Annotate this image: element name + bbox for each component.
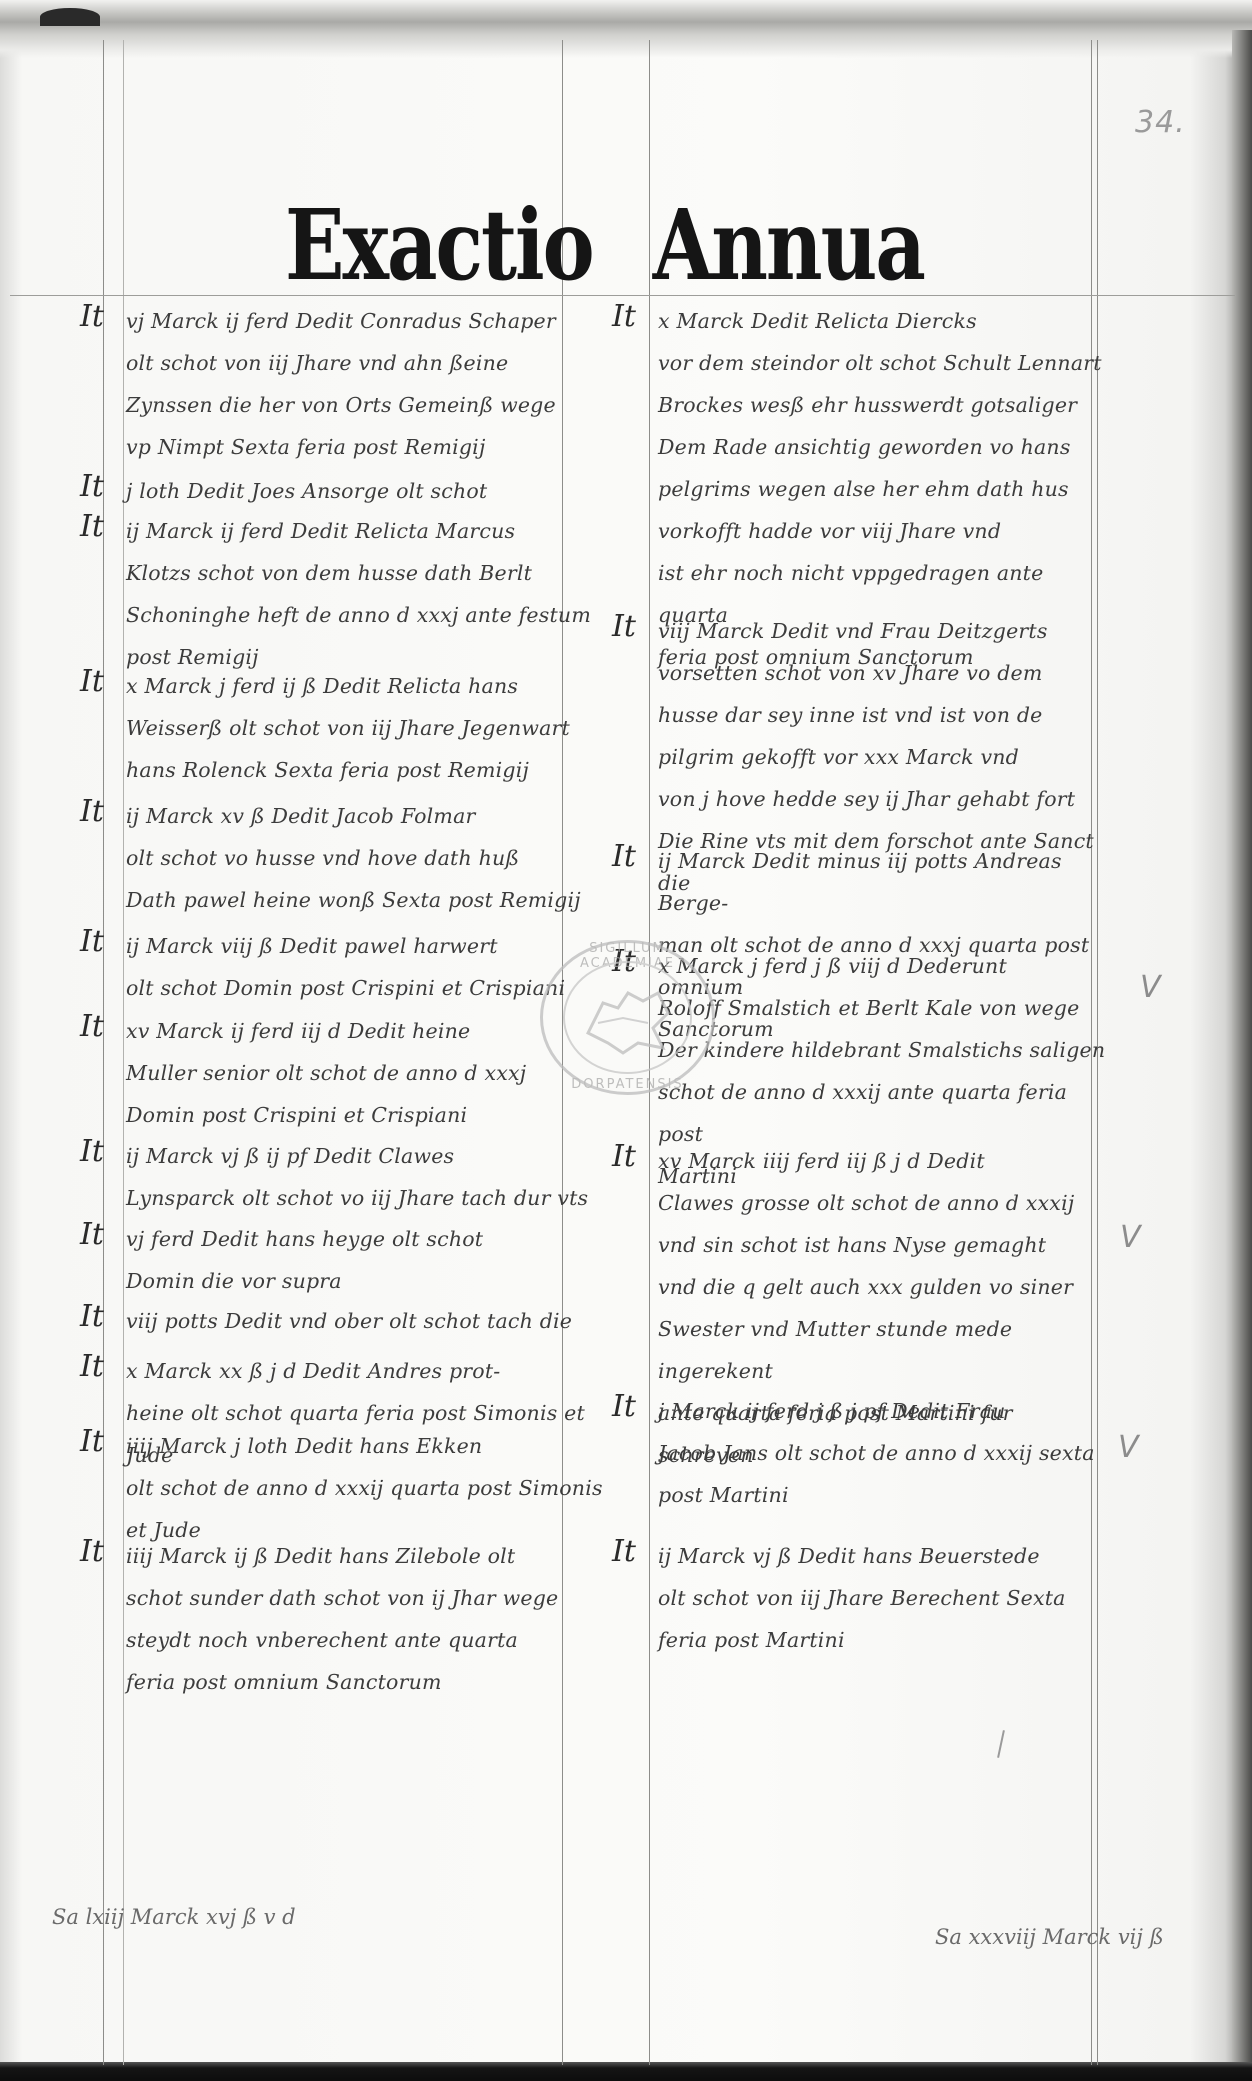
checkmark-icon: V xyxy=(1140,970,1161,1005)
item-mark: It xyxy=(80,1137,126,1167)
item-mark: It xyxy=(80,1012,126,1042)
item-mark: It xyxy=(80,302,126,332)
entry-text: iiij Marck ij ß Dedit hans Zilebole olt … xyxy=(126,1535,558,1703)
heading-word-exactio: Exactio xyxy=(285,198,593,296)
library-seal-stamp: SIGILLUM ACADEMIAE DORPATENSIS xyxy=(540,940,715,1095)
entry-text: vj ferd Dedit hans heyge olt schot Domin… xyxy=(126,1218,483,1302)
page-fold-shadow xyxy=(40,8,100,26)
ledger-entry: It ij Marck viij ß Dedit pawel harwert o… xyxy=(80,925,565,1009)
page-right-edge xyxy=(1232,30,1252,2065)
item-mark: It xyxy=(612,1142,658,1172)
ledger-entry: It ij Marck ij ferd Dedit Relicta Marcus… xyxy=(80,510,591,678)
entry-text: xv Marck ij ferd iij d Dedit heine Mulle… xyxy=(126,1010,526,1136)
seal-legend-bottom: DORPATENSIS xyxy=(543,1077,712,1092)
checkmark-icon: V xyxy=(1118,1430,1139,1465)
ledger-entry: It vj ferd Dedit hans heyge olt schot Do… xyxy=(80,1218,483,1302)
page-top-edge xyxy=(0,0,1252,58)
ledger-entry: It xv Marck ij ferd iij d Dedit heine Mu… xyxy=(80,1010,526,1136)
folio-number: 34. xyxy=(1135,105,1186,140)
entry-text: ij Marck vj ß Dedit hans Beuerstede olt … xyxy=(658,1535,1066,1661)
ruling-header-line xyxy=(10,295,1235,296)
checkmark-icon: V xyxy=(1120,1220,1141,1255)
entry-text: j loth Dedit Joes Ansorge olt schot xyxy=(126,470,487,512)
ledger-entry: It ij Marck vj ß Dedit hans Beuerstede o… xyxy=(612,1535,1066,1661)
item-mark: It xyxy=(80,797,126,827)
item-mark: It xyxy=(612,1392,658,1422)
ledger-entry: It ij Marck xv ß Dedit Jacob Folmar olt … xyxy=(80,795,581,921)
entry-text: ij Marck ij ferd Dedit Relicta Marcus Kl… xyxy=(126,510,591,678)
item-mark: It xyxy=(612,612,658,642)
item-mark: It xyxy=(80,512,126,542)
entry-text: vj Marck ij ferd Dedit Conradus Schaper … xyxy=(126,300,556,468)
entry-text: x Marck j ferd ij ß Dedit Relicta hans W… xyxy=(126,665,570,791)
item-mark: It xyxy=(80,1302,126,1332)
ledger-entry: It j loth Dedit Joes Ansorge olt schot xyxy=(80,470,487,512)
ledger-entry: It iiij Marck ij ß Dedit hans Zilebole o… xyxy=(80,1535,558,1703)
item-mark: It xyxy=(80,472,126,502)
page-heading: Exactio Annua xyxy=(285,145,945,295)
ledger-entry: It iiij Marck j loth Dedit hans Ekken ol… xyxy=(80,1425,603,1551)
item-mark: It xyxy=(80,1537,126,1567)
entry-text: j Marck ij ferd j ß j pf Dedit Frau Jaco… xyxy=(658,1390,1095,1516)
page-bottom-edge xyxy=(0,2062,1252,2081)
stray-ink-mark xyxy=(997,1730,1005,1758)
right-column-total: Sa xxxviij Marck vij ß xyxy=(935,1925,1164,1949)
ledger-entry: It x Marck j ferd ij ß Dedit Relicta han… xyxy=(80,665,570,791)
item-mark: It xyxy=(80,1427,126,1457)
ledger-entry: It j Marck ij ferd j ß j pf Dedit Frau J… xyxy=(612,1390,1095,1516)
item-mark: It xyxy=(612,302,658,332)
item-mark: It xyxy=(612,1537,658,1567)
item-mark: It xyxy=(80,1220,126,1250)
entry-text: iiij Marck j loth Dedit hans Ekken olt s… xyxy=(126,1425,603,1551)
seal-emblem-lion-icon xyxy=(563,961,692,1074)
entry-text: ij Marck viij ß Dedit pawel harwert olt … xyxy=(126,925,565,1009)
entry-text: viij potts Dedit vnd ober olt schot tach… xyxy=(126,1300,572,1342)
manuscript-page: 34. Exactio Annua It vj Marck ij ferd De… xyxy=(0,0,1252,2081)
item-mark: It xyxy=(612,842,658,872)
heading-word-annua: Annua xyxy=(653,198,924,296)
entry-text: ij Marck vj ß ij pf Dedit Clawes Lynspar… xyxy=(126,1135,588,1219)
ledger-entry: It viij potts Dedit vnd ober olt schot t… xyxy=(80,1300,572,1342)
item-mark: It xyxy=(80,667,126,697)
entry-text: ij Marck xv ß Dedit Jacob Folmar olt sch… xyxy=(126,795,581,921)
left-column-total: Sa lxiij Marck xvj ß v d xyxy=(52,1905,296,1929)
ledger-entry: It vj Marck ij ferd Dedit Conradus Schap… xyxy=(80,300,556,468)
item-mark: It xyxy=(80,1352,126,1382)
item-mark: It xyxy=(80,927,126,957)
ledger-entry: It ij Marck vj ß ij pf Dedit Clawes Lyns… xyxy=(80,1135,588,1219)
lion-icon xyxy=(578,973,678,1063)
